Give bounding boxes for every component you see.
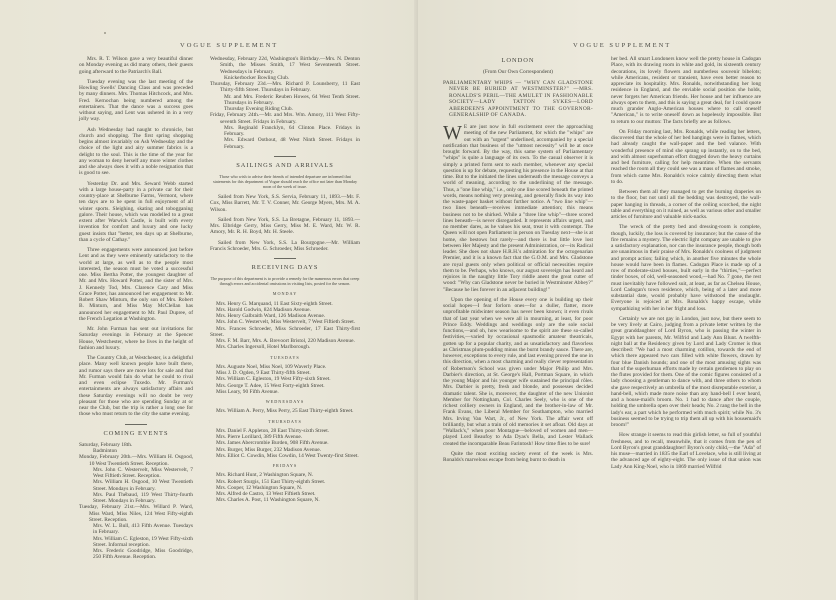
- list-item: Mrs. John C. Westervelt, Miss Westervelt…: [210, 319, 360, 325]
- paragraph: Tuesday evening was the last meeting of …: [79, 79, 193, 123]
- day-heading: MONDAY: [210, 291, 360, 297]
- paragraph: Sailed from New York, S.S. La Bretagne, …: [210, 217, 360, 236]
- paragraph: Ash Wednesday had naught to chronicle, b…: [79, 127, 193, 177]
- paragraph: Three engagements were announced just be…: [79, 247, 193, 322]
- paragraph: Sailed from New York, S.S. Servia, Febru…: [210, 194, 360, 213]
- list-item: Mrs. William A. Perry, Miss Perry, 25 Ea…: [210, 408, 360, 414]
- left-column-1: Mrs. R. T. Wilson gave a very beautiful …: [79, 56, 193, 561]
- paragraph: How strange it seems to read this girlis…: [611, 432, 761, 470]
- paragraph: WE are just now in full excitement over …: [443, 124, 593, 293]
- article-subtitle: (From Our Own Correspondent): [443, 69, 593, 75]
- paragraph: Upon the opening of the House every one …: [443, 297, 593, 447]
- left-page: VOGUE SUPPLEMENT Mrs. R. T. Wilson gave …: [0, 0, 418, 600]
- left-column-2: Wednesday, February 22d, Washington's Bi…: [210, 56, 360, 504]
- event-entry: Thursday, February 23d.—Mrs. Richard P. …: [210, 81, 360, 112]
- list-item: Miss Leary, 90 Fifth Avenue.: [210, 389, 360, 395]
- right-column-2: her bed. All smart Londoners know well t…: [611, 56, 761, 474]
- magazine-spread: VOGUE SUPPLEMENT Mrs. R. T. Wilson gave …: [0, 0, 836, 600]
- paragraph: On Friday morning last, Mrs. Ronalds, wh…: [611, 129, 761, 185]
- divider: [274, 258, 296, 259]
- list-item: Mrs. Charles Ingersoll, Hotel Marlboroug…: [210, 344, 360, 350]
- list-item: Mrs. Charles A. Post, 11 Washington Squa…: [210, 497, 360, 503]
- list-item: Mrs. Elliot C. Cowdin, Miss Cowdin, 14 W…: [210, 453, 360, 459]
- day-heading: WEDNESDAYS: [210, 399, 360, 405]
- divider: [125, 424, 147, 425]
- section-note: The purpose of this department is to pro…: [210, 276, 360, 286]
- section-title-coming-events: COMING EVENTS: [79, 431, 193, 437]
- event-entry: Monday, February 20th.—Mrs. William H. O…: [79, 454, 193, 504]
- paragraph: Certainly we are not gay in London, just…: [611, 316, 761, 429]
- article-headline: Parliamentary Whips — "Why Can Gladstone…: [443, 80, 593, 120]
- paragraph: The wreck of the pretty bed and dressing…: [611, 224, 761, 312]
- list-item: Mrs. Frances Schroeder, Miss Schroeder, …: [210, 326, 360, 339]
- paragraph: her bed. All smart Londoners know well t…: [611, 56, 761, 125]
- paragraph: Mrs. R. T. Wilson gave a very beautiful …: [79, 56, 193, 75]
- paragraph: The Country Club, at Westchester, is a d…: [79, 355, 193, 418]
- event-entry: Saturday, February 18th. Badminton: [79, 442, 193, 455]
- page-speck: [104, 32, 106, 34]
- day-heading: THURSDAYS: [210, 419, 360, 425]
- section-note: Those who wish to advise their friends o…: [210, 174, 360, 189]
- paragraph: Mr. John Furman has sent out invitations…: [79, 326, 193, 351]
- paragraph: Between them all they managed to get the…: [611, 189, 761, 220]
- article-title: LONDON: [443, 58, 593, 64]
- paragraph: Yesterday Dr. and Mrs. Seward Webb start…: [79, 181, 193, 244]
- running-head: VOGUE SUPPLEMENT: [180, 42, 278, 49]
- day-heading: TUESDAYS: [210, 355, 360, 361]
- right-page: VOGUE SUPPLEMENT LONDON (From Our Own Co…: [418, 0, 836, 600]
- day-heading: FRIDAYS: [210, 463, 360, 469]
- paragraph: Sailed from New York, S.S. La Bourgogne.…: [210, 240, 360, 253]
- right-column-1: LONDON (From Our Own Correspondent) Parl…: [443, 56, 593, 467]
- section-title-sailings: SAILINGS AND ARRIVALS: [210, 163, 360, 169]
- running-head: VOGUE SUPPLEMENT: [573, 42, 671, 49]
- event-entry: Friday, February 24th.—Mr. and Mrs. Wm. …: [210, 112, 360, 150]
- section-title-receiving-days: RECEIVING DAYS: [210, 265, 360, 271]
- paragraph: Quite the most exciting society event of…: [443, 451, 593, 464]
- divider: [274, 156, 296, 157]
- drop-cap: W: [443, 125, 462, 141]
- event-entry: Tuesday, February 21st.—Mrs. Willard P. …: [79, 504, 193, 560]
- event-entry: Wednesday, February 22d, Washington's Bi…: [210, 56, 360, 81]
